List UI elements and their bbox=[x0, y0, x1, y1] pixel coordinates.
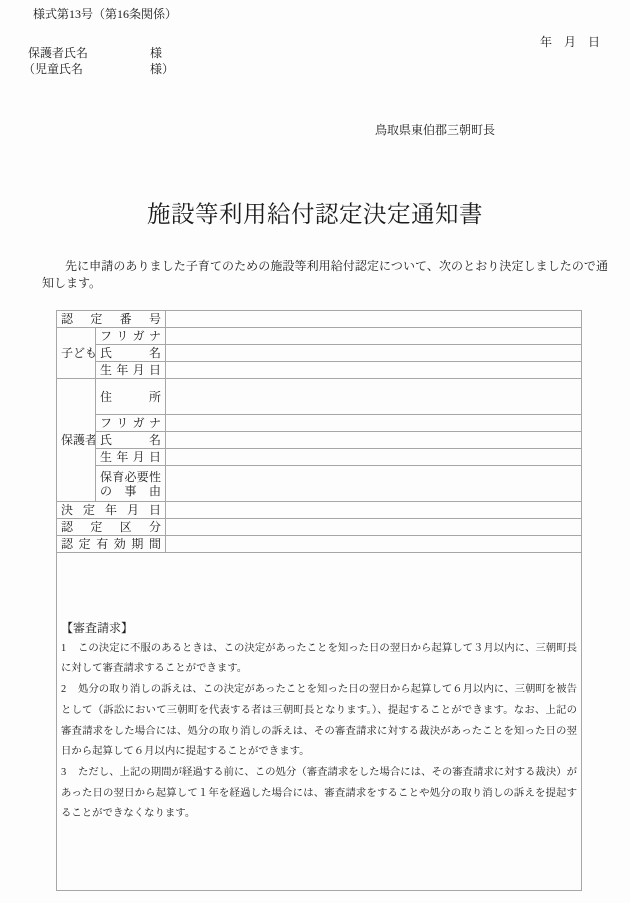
child-name-label: （児童氏名 bbox=[23, 62, 150, 76]
care-reason-value bbox=[166, 466, 582, 502]
appeal-item-1: 1この決定に不服のあるときは、この決定があったことを知った日の翌日から起算して３… bbox=[61, 639, 577, 680]
guardian-birthdate-value bbox=[166, 449, 582, 466]
guardian-group-label: 保護者 bbox=[57, 379, 96, 502]
appeal-item-2: 2処分の取り消しの訴えは、この決定があったことを知った日の翌日から起算して６月以… bbox=[61, 680, 577, 763]
form-number: 様式第13号（第16条関係） bbox=[33, 7, 177, 21]
guardian-birthdate-row: 生年月日 bbox=[57, 449, 582, 466]
child-addressee-line: （児童氏名様） bbox=[23, 62, 174, 76]
decision-date-value bbox=[166, 502, 582, 519]
appeal-item-3-number: 3 bbox=[61, 763, 78, 784]
guardian-name-label-cell: 氏名 bbox=[96, 432, 166, 449]
certification-number-row: 認定番号 bbox=[57, 311, 582, 328]
issuer-name: 鳥取県東伯郡三朝町長 bbox=[375, 123, 495, 137]
guardian-furigana-row: フリガナ bbox=[57, 415, 582, 432]
guardian-address-value bbox=[166, 379, 582, 415]
decision-date-row: 決定年月日 bbox=[57, 502, 582, 519]
child-honorific: 様） bbox=[150, 62, 174, 76]
certification-category-value bbox=[166, 519, 582, 536]
appeal-item-1-text: この決定に不服のあるときは、この決定があったことを知った日の翌日から起算して３月… bbox=[61, 643, 577, 675]
care-reason-label: 保育必要性 の事由 bbox=[96, 466, 166, 502]
child-furigana-value bbox=[166, 328, 582, 345]
appeal-item-3: 3ただし、上記の期間が経過する前に、この処分（審査請求をした場合には、その審査請… bbox=[61, 763, 577, 825]
certification-number-label: 認定番号 bbox=[57, 311, 166, 328]
guardian-honorific: 様 bbox=[150, 46, 162, 60]
guardian-address-label: 住所 bbox=[96, 379, 166, 415]
guardian-addressee-line: 保護者氏名様 bbox=[28, 46, 162, 60]
appeal-item-1-number: 1 bbox=[61, 639, 78, 660]
appeal-heading: 【審査請求】 bbox=[61, 618, 577, 639]
child-birthdate-row: 生年月日 bbox=[57, 362, 582, 379]
guardian-address-row: 保護者 住所 bbox=[57, 379, 582, 415]
certification-category-row: 認定区分 bbox=[57, 519, 582, 536]
appeal-item-2-text: 処分の取り消しの訴えは、この決定があったことを知った日の翌日から起算して６月以内… bbox=[61, 684, 577, 757]
guardian-furigana-label: フリガナ bbox=[96, 415, 166, 432]
guardian-name-row: 氏名 bbox=[57, 432, 582, 449]
child-birthdate-label: 生年月日 bbox=[96, 362, 166, 379]
certification-period-row: 認定有効期間 bbox=[57, 536, 582, 553]
child-birthdate-value bbox=[166, 362, 582, 379]
care-reason-row: 保育必要性 の事由 bbox=[57, 466, 582, 502]
certification-period-label: 認定有効期間 bbox=[57, 536, 166, 553]
child-name-value bbox=[166, 345, 582, 362]
child-furigana-label: フリガナ bbox=[96, 328, 166, 345]
child-name-row: 氏名 bbox=[57, 345, 582, 362]
appeal-item-2-number: 2 bbox=[61, 680, 78, 701]
certification-category-label: 認定区分 bbox=[57, 519, 166, 536]
appeal-row: 【審査請求】 1この決定に不服のあるときは、この決定があったことを知った日の翌日… bbox=[57, 553, 582, 891]
appeal-item-3-text: ただし、上記の期間が経過する前に、この処分（審査請求をした場合には、その審査請求… bbox=[61, 767, 577, 819]
document-page: 様式第13号（第16条関係） 年 月 日 保護者氏名様 （児童氏名様） 鳥取県東… bbox=[0, 0, 630, 903]
certification-number-value bbox=[166, 311, 582, 328]
child-group-label: 子ども bbox=[57, 328, 96, 379]
guardian-furigana-value bbox=[166, 415, 582, 432]
certification-period-value bbox=[166, 536, 582, 553]
document-title: 施設等利用給付認定決定通知書 bbox=[0, 199, 630, 231]
guardian-name-label: 保護者氏名 bbox=[28, 46, 150, 60]
decision-date-label: 決定年月日 bbox=[57, 502, 166, 519]
certification-table: 認定番号 子ども フリガナ 氏名 生年月日 保護者 住所 フリガナ 氏名 bbox=[56, 310, 582, 891]
intro-paragraph: 先に申請のありました子育てのための施設等利用給付認定について、次のとおり決定しま… bbox=[42, 258, 608, 292]
child-furigana-row: 子ども フリガナ bbox=[57, 328, 582, 345]
appeal-section: 【審査請求】 1この決定に不服のあるときは、この決定があったことを知った日の翌日… bbox=[57, 553, 582, 891]
child-name-label: 氏名 bbox=[96, 345, 166, 362]
guardian-birthdate-label: 生年月日 bbox=[96, 449, 166, 466]
date-line: 年 月 日 bbox=[540, 35, 600, 49]
guardian-name-value bbox=[166, 432, 582, 449]
